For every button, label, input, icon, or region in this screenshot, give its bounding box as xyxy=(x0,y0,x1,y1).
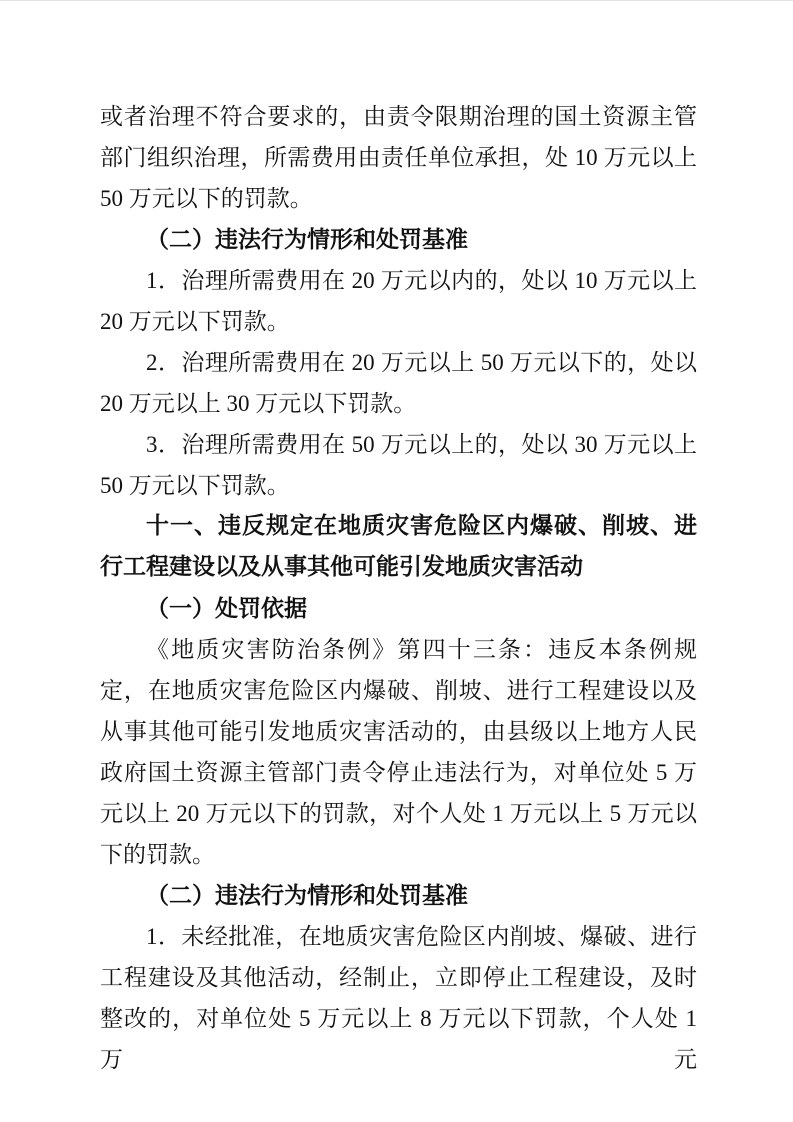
subheading-violation-criteria-1: （二）违法行为情形和处罚基准 xyxy=(100,219,697,260)
penalty-item-1: 1．治理所需费用在 20 万元以内的，处以 10 万元以上 20 万元以下罚款。 xyxy=(100,260,697,342)
section-heading-eleven: 十一、违反规定在地质灾害危险区内爆破、削坡、进行工程建设以及从事其他可能引发地质… xyxy=(100,506,697,588)
penalty-item-1-unapproved-activities: 1．未经批准，在地质灾害危险区内削坡、爆破、进行工程建设及其他活动，经制止，立即… xyxy=(100,916,697,1080)
subheading-penalty-basis: （一）处罚依据 xyxy=(100,588,697,629)
paragraph-treatment-penalty-continuation: 或者治理不符合要求的，由责令限期治理的国土资源主管部门组织治理，所需费用由责任单… xyxy=(100,96,697,219)
document-page: 或者治理不符合要求的，由责令限期治理的国土资源主管部门组织治理，所需费用由责任单… xyxy=(0,0,793,1122)
document-body: 或者治理不符合要求的，由责令限期治理的国土资源主管部门组织治理，所需费用由责任单… xyxy=(100,96,697,1080)
penalty-item-2: 2．治理所需费用在 20 万元以上 50 万元以下的，处以 20 万元以上 30… xyxy=(100,342,697,424)
subheading-violation-criteria-2: （二）违法行为情形和处罚基准 xyxy=(100,875,697,916)
paragraph-regulation-article-43: 《地质灾害防治条例》第四十三条：违反本条例规定，在地质灾害危险区内爆破、削坡、进… xyxy=(100,629,697,875)
penalty-item-3: 3．治理所需费用在 50 万元以上的，处以 30 万元以上 50 万元以下罚款。 xyxy=(100,424,697,506)
